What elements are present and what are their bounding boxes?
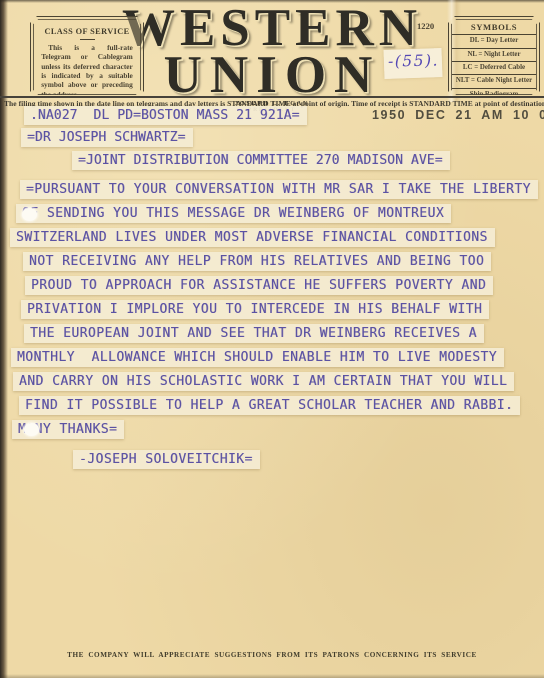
- telegram-body-line: AND CARRY ON HIS SCHOLASTIC WORK I AM CE…: [13, 372, 514, 391]
- telegram-body-line: PRIVATION I IMPLORE YOU TO INTERCEDE IN …: [21, 300, 489, 319]
- telegram-body-line: NOT RECEIVING ANY HELP FROM HIS RELATIVE…: [23, 252, 491, 271]
- class-of-service-text: This is a full-rate Telegram or Cablegra…: [34, 43, 140, 99]
- telegram-document: WESTERN UNION JOSEPH L. EGAN PRESIDENT C…: [0, 0, 544, 678]
- symbols-item-deferred-cable: LC = Deferred Cable: [452, 61, 536, 74]
- handwritten-word-count: -(55).: [388, 52, 439, 71]
- header-divider-rule: [0, 96, 544, 98]
- address-line: =JOINT DISTRIBUTION COMMITTEE 270 MADISO…: [72, 151, 450, 170]
- footer-notice: THE COMPANY WILL APPRECIATE SUGGESTIONS …: [0, 651, 544, 659]
- telegram-body-line: OF SENDING YOU THIS MESSAGE DR WEINBERG …: [16, 204, 451, 223]
- symbols-item-day-letter: DL = Day Letter: [452, 34, 536, 47]
- paper-bottom-edge: [0, 674, 544, 678]
- symbols-item-night-letter: NL = Night Letter: [452, 48, 536, 61]
- form-number: 1220: [417, 21, 434, 31]
- telegram-body-line: SWITZERLAND LIVES UNDER MOST ADVERSE FIN…: [10, 228, 495, 247]
- class-of-service-divider: [80, 39, 95, 40]
- symbols-item-cable-night-letter: NLT = Cable Night Letter: [452, 74, 536, 87]
- symbols-box: SYMBOLS DL = Day Letter NL = Night Lette…: [448, 16, 540, 98]
- received-date-stamp: 1950 DEC 21 AM 10 02: [372, 108, 544, 122]
- telegram-body-line: PROUD TO APPROACH FOR ASSISTANCE HE SUFF…: [25, 276, 493, 295]
- recipient-line: =DR JOSEPH SCHWARTZ=: [21, 128, 193, 147]
- signature-line: -JOSEPH SOLOVEITCHIK=: [73, 450, 260, 469]
- telegram-body-line: MONTHLY ALLOWANCE WHICH SHOULD ENABLE HI…: [11, 348, 504, 367]
- class-of-service-title: CLASS OF SERVICE: [34, 27, 140, 36]
- punch-hole: [22, 208, 37, 221]
- punch-hole: [24, 423, 39, 436]
- class-of-service-inner-border: CLASS OF SERVICE This is a full-rate Tel…: [33, 19, 141, 95]
- telegram-body-line: THE EUROPEAN JOINT AND SEE THAT DR WEINB…: [24, 324, 484, 343]
- telegram-body-line: FIND IT POSSIBLE TO HELP A GREAT SCHOLAR…: [19, 396, 520, 415]
- class-of-service-box: CLASS OF SERVICE This is a full-rate Tel…: [30, 16, 144, 98]
- symbols-inner-border: SYMBOLS DL = Day Letter NL = Night Lette…: [451, 19, 537, 95]
- routing-line: .NA027 DL PD=BOSTON MASS 21 921A=: [24, 106, 307, 125]
- telegram-body-line: =PURSUANT TO YOUR CONVERSATION WITH MR S…: [20, 180, 538, 199]
- symbols-title: SYMBOLS: [452, 20, 536, 34]
